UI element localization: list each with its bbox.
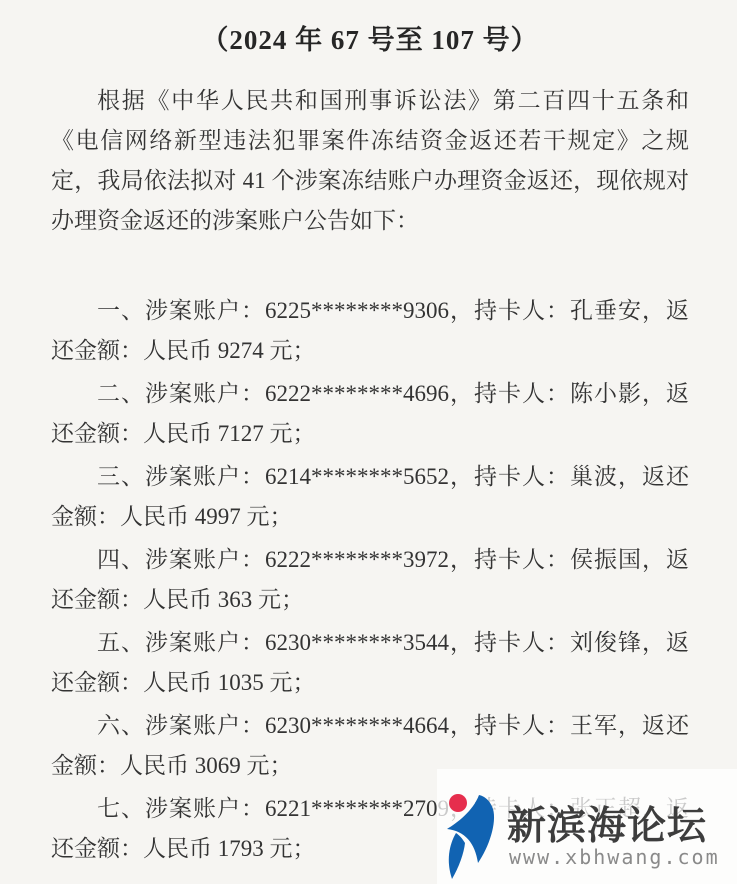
account-item: 一、涉案账户：6225********9306，持卡人：孔垂安，返还金额：人民币… (51, 291, 689, 371)
account-item: 五、涉案账户：6230********3544，持卡人：刘俊锋，返还金额：人民币… (51, 623, 689, 703)
watermark-site-url: www.xbhwang.com (509, 845, 735, 869)
intro-paragraph: 根据《中华人民共和国刑事诉讼法》第二百四十五条和《电信网络新型违法犯罪案件冻结资… (51, 81, 689, 241)
forum-logo-icon (441, 775, 517, 881)
watermark: 新滨海论坛 www.xbhwang.com (437, 769, 737, 884)
account-item: 二、涉案账户：6222********4696，持卡人：陈小影，返还金额：人民币… (51, 374, 689, 454)
watermark-site-name: 新滨海论坛 (507, 795, 733, 851)
document-title: （2024 年 67 号至 107 号） (51, 20, 689, 61)
logo-red-dot (449, 794, 467, 812)
announcement-document: （2024 年 67 号至 107 号） 根据《中华人民共和国刑事诉讼法》第二百… (51, 20, 689, 872)
account-item: 三、涉案账户：6214********5652，持卡人：巢波，返还金额：人民币 … (51, 457, 689, 537)
account-item: 四、涉案账户：6222********3972，持卡人：侯振国，返还金额：人民币… (51, 540, 689, 620)
logo-swoosh-lower (449, 833, 465, 879)
